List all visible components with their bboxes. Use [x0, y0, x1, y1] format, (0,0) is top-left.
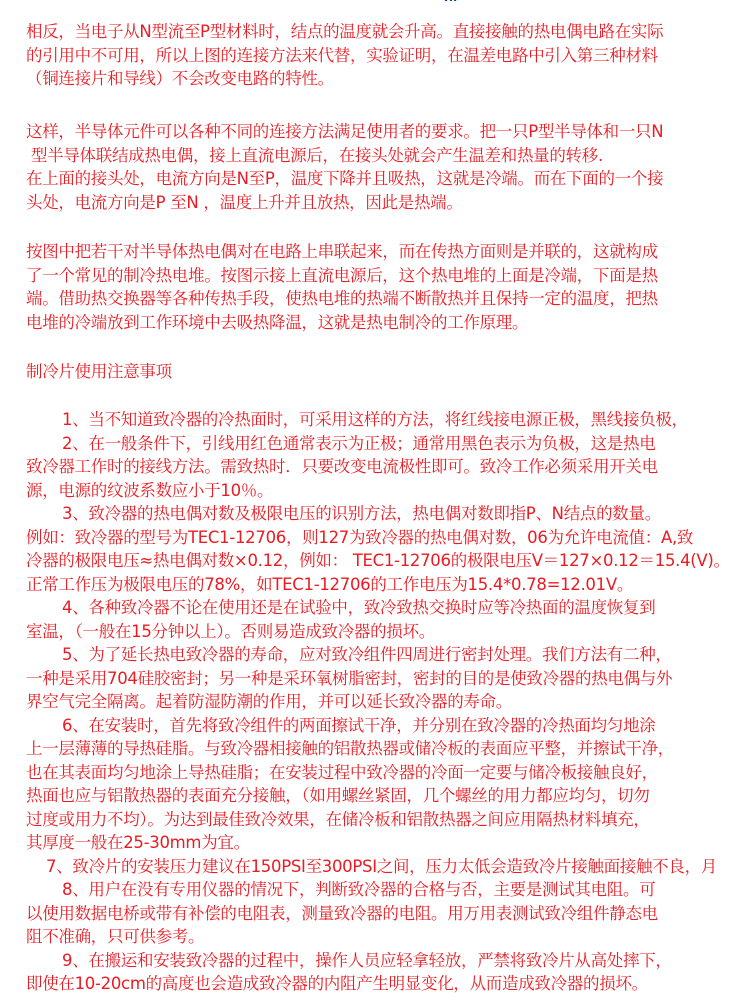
text-line: 3、致冷器的热电偶对数及极限电压的识别方法，热电偶对数即指P、N结点的数量。 — [26, 502, 750, 526]
text-line: 室温，（一般在15分钟以上）。否则易造成致冷器的损坏。 — [26, 620, 750, 644]
text-line: 过度或用力不均）。为达到最佳致冷效果，在储冷板和铝散热器之间应用隔热材料填充， — [26, 808, 750, 832]
text-line: 其厚度一般在25-30mm为宜。 — [26, 831, 750, 855]
text-line: 例如：致冷器的型号为TEC1-12706，则127为致冷器的热电偶对数，06为允… — [26, 526, 750, 550]
text-line: 按图中把若干对半导体热电偶对在电路上串联起来，而在传热方面则是并联的，这就构成 — [26, 240, 750, 264]
text-line: 头处，电流方向是P 至N ，温度上升并且放热，因此是热端。 — [26, 191, 750, 215]
text-line: 以使用数据电桥或带有补偿的电阻表，测量致冷器的电阻。用万用表测试致冷组件静态电 — [26, 902, 750, 926]
text-line: 4、各种致冷器不论在使用还是在试验中，致冷致热交换时应等冷热面的温度恢复到 — [26, 596, 750, 620]
section-title-text: 制冷片使用注意事项 — [26, 360, 750, 384]
text-line: 1、当不知道致冷器的冷热面时，可采用这样的方法，将红线接电源正极，黑线接负极， — [26, 408, 750, 432]
text-line: 端。借助热交换器等各种传热手段，使热电堆的热端不断散热并且保持一定的温度，把热 — [26, 287, 750, 311]
text-line: 的引用中不可用，所以上图的连接方法来代替，实验证明，在温差电路中引入第三种材料 — [26, 44, 750, 68]
header-fragment-text: In Detection — [444, 0, 528, 5]
note-2: 2、在一般条件下，引线用红色通常表示为正极；通常用黑色表示为负极，这是热电 致冷… — [26, 432, 750, 503]
note-1: 1、当不知道致冷器的冷热面时，可采用这样的方法，将红线接电源正极，黑线接负极， — [26, 408, 750, 432]
text-line: 在上面的接头处，电流方向是N至P，温度下降并且吸热，这就是冷端。而在下面的一个接 — [26, 167, 750, 191]
text-line: 也在其表面均匀地涂上导热硅脂；在安装过程中致冷器的冷面一定要与储冷板接触良好， — [26, 761, 750, 785]
text-line: 6、在安装时，首先将致冷组件的两面擦试干净，并分别在致冷器的冷热面均匀地涂 — [26, 714, 750, 738]
text-line: 一种是采用704硅胶密封；另一种是采环氧树脂密封，密封的目的是使致冷器的热电偶与… — [26, 667, 750, 691]
paragraph-thermocouple-circuit: 相反，当电子从N型流至P型材料时，结点的温度就会升高。直接接触的热电偶电路在实际… — [26, 20, 750, 91]
usage-notes-list: 1、当不知道致冷器的冷热面时，可采用这样的方法，将红线接电源正极，黑线接负极， … — [26, 408, 750, 996]
note-6: 6、在安装时，首先将致冷组件的两面擦试干净，并分别在致冷器的冷热面均匀地涂 上一… — [26, 714, 750, 855]
note-3: 3、致冷器的热电偶对数及极限电压的识别方法，热电偶对数即指P、N结点的数量。 例… — [26, 502, 750, 596]
header-fragment: In Detection — [444, 0, 528, 5]
text-line: 上一层薄薄的导热硅脂。与致冷器相接触的铝散热器或储冷板的表面应平整，并擦试干净， — [26, 737, 750, 761]
section-title: 制冷片使用注意事项 — [26, 360, 750, 384]
text-line: 阻不准确，只可供参考。 — [26, 925, 750, 949]
text-line: 相反，当电子从N型流至P型材料时，结点的温度就会升高。直接接触的热电偶电路在实际 — [26, 20, 750, 44]
text-line: （铜连接片和导线）不会改变电路的特性。 — [26, 67, 750, 91]
text-line: 9、在搬运和安装致冷器的过程中，操作人员应轻拿轻放，严禁将致冷片从高处摔下， — [26, 949, 750, 973]
text-line: 电堆的冷端放到工作环境中去吸热降温，这就是热电制冷的工作原理。 — [26, 311, 750, 335]
note-7: 7、致冷片的安装压力建议在150PSI至300PSI之间，压力太低会造致冷片接触… — [26, 855, 750, 879]
text-line: 7、致冷片的安装压力建议在150PSI至300PSI之间，压力太低会造致冷片接触… — [26, 855, 750, 879]
text-line: 界空气完全隔离。起着防湿防潮的作用，并可以延长致冷器的寿命。 — [26, 690, 750, 714]
paragraph-semiconductor-connection: 这样，半导体元件可以各种不同的连接方法满足使用者的要求。把一只P型半导体和一只N… — [26, 120, 750, 214]
text-line: 2、在一般条件下，引线用红色通常表示为正极；通常用黑色表示为负极，这是热电 — [26, 432, 750, 456]
text-line: 正常工作压为极限电压的78%，如TEC1-12706的工作电压为15.4*0.7… — [26, 573, 750, 597]
paragraph-thermopile-principle: 按图中把若干对半导体热电偶对在电路上串联起来，而在传热方面则是并联的，这就构成 … — [26, 240, 750, 334]
note-8: 8、用户在没有专用仪器的情况下，判断致冷器的合格与否，主要是测试其电阻。可 以使… — [26, 878, 750, 949]
note-9: 9、在搬运和安装致冷器的过程中，操作人员应轻拿轻放，严禁将致冷片从高处摔下， 即… — [26, 949, 750, 996]
text-line: 源，电源的纹波系数应小于10％。 — [26, 479, 750, 503]
text-line: 5、为了延长热电致冷器的寿命，应对致冷组件四周进行密封处理。我们方法有二种， — [26, 643, 750, 667]
note-4: 4、各种致冷器不论在使用还是在试验中，致冷致热交换时应等冷热面的温度恢复到 室温… — [26, 596, 750, 643]
text-line: 了一个常见的制冷热电堆。按图示接上直流电源后，这个热电堆的上面是冷端，下面是热 — [26, 264, 750, 288]
text-line: 冷器的极限电压≈热电偶对数×0.12，例如： TEC1-12706的极限电压V＝… — [26, 549, 750, 573]
text-line: 型半导体联结成热电偶，接上直流电源后，在接头处就会产生温差和热量的转移. — [26, 144, 750, 168]
text-line: 这样，半导体元件可以各种不同的连接方法满足使用者的要求。把一只P型半导体和一只N — [26, 120, 750, 144]
note-5: 5、为了延长热电致冷器的寿命，应对致冷组件四周进行密封处理。我们方法有二种， 一… — [26, 643, 750, 714]
text-line: 8、用户在没有专用仪器的情况下，判断致冷器的合格与否，主要是测试其电阻。可 — [26, 878, 750, 902]
text-line: 即使在10-20cm的高度也会造成致冷器的内阻产生明显变化，从而造成致冷器的损坏… — [26, 972, 750, 996]
text-line: 热面也应与铝散热器的表面充分接触，（如用螺丝紧固，几个螺丝的用力都应均匀，切勿 — [26, 784, 750, 808]
text-line: 致冷器工作时的接线方法。需致热时．只要改变电流极性即可。致冷工作必须采用开关电 — [26, 455, 750, 479]
